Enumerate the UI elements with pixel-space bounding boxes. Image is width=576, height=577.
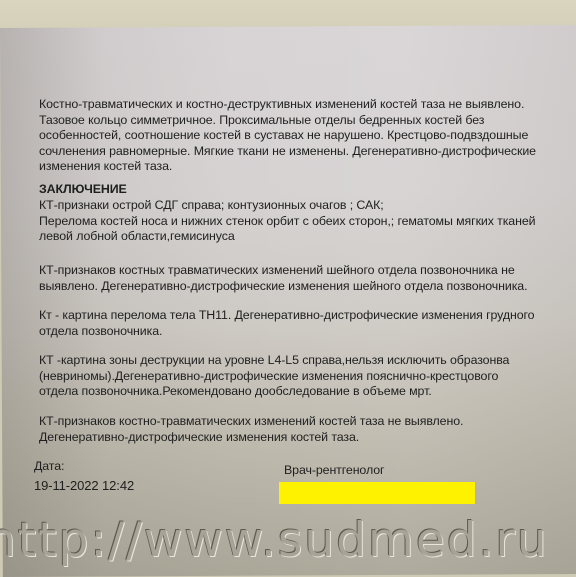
conclusion-heading-block: ЗАКЛЮЧЕНИЕ: [39, 182, 569, 198]
conclusion-text: КТ -картина зоны деструкции на уровне L4…: [39, 353, 569, 400]
conclusion-text: КТ-признаки острой СДГ справа; контузион…: [39, 198, 569, 245]
conclusion-item-5: КТ-признаков костно-травматических измен…: [39, 414, 569, 445]
watermark-text: http://www.sudmed.ru: [0, 513, 576, 569]
findings-paragraph: Костно-травматических и костно-деструкти…: [39, 97, 569, 175]
conclusion-text: Кт - картина перелома тела ТН11. Дегенер…: [39, 308, 569, 339]
conclusion-text: КТ-признаков костно-травматических измен…: [39, 414, 569, 445]
conclusion-heading: ЗАКЛЮЧЕНИЕ: [39, 182, 569, 198]
findings-section: Костно-травматических и костно-деструкти…: [39, 97, 569, 175]
conclusion-item-2: КТ-признаков костных травматических изме…: [39, 263, 569, 294]
conclusion-text: КТ-признаков костных травматических изме…: [39, 263, 569, 294]
date-value: 19-11-2022 12:42: [34, 478, 134, 494]
date-label: Дата:: [34, 459, 64, 475]
conclusion-item-1: КТ-признаки острой СДГ справа; контузион…: [39, 198, 569, 245]
signature-redaction: [279, 482, 475, 504]
conclusion-item-4: КТ -картина зоны деструкции на уровне L4…: [39, 353, 569, 400]
conclusion-item-3: Кт - картина перелома тела ТН11. Дегенер…: [39, 308, 569, 339]
signature-label: Врач-рентгенолог: [284, 463, 384, 479]
